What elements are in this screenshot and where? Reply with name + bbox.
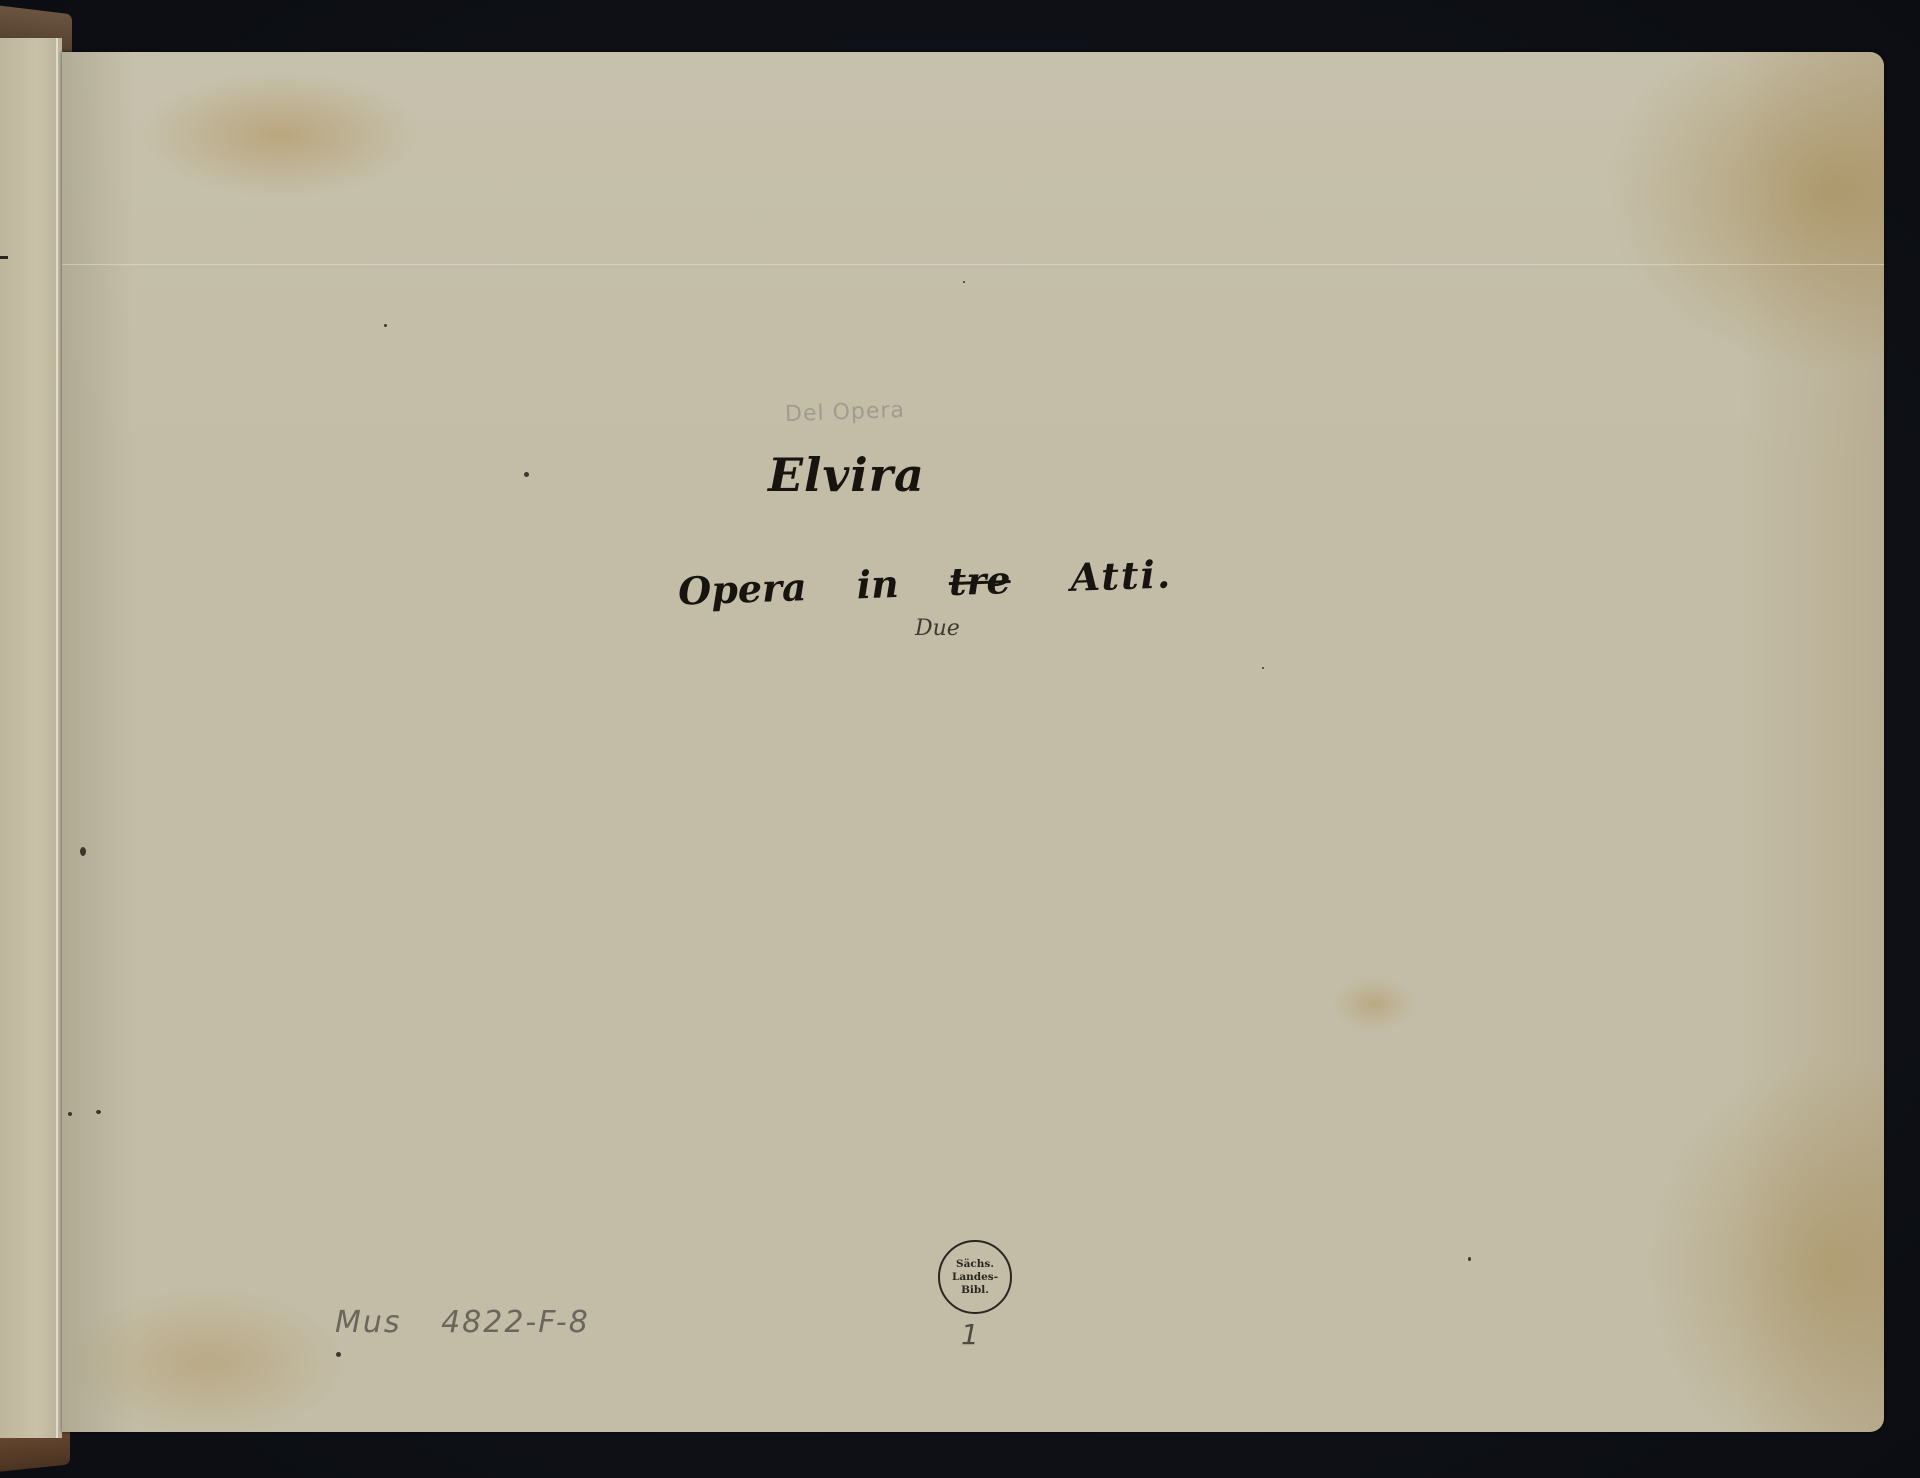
paper-speck <box>336 1352 341 1357</box>
stamp-line: Bibl. <box>961 1284 989 1297</box>
paper-fold-line <box>62 264 1884 265</box>
struck-through-word: tre <box>948 557 1011 604</box>
paper-speck <box>1468 1257 1471 1261</box>
paper-speck <box>384 324 387 327</box>
subtitle-word-opera: Opera <box>677 564 807 613</box>
previous-leaf <box>0 38 62 1438</box>
library-stamp: Sächs. Landes- Bibl. <box>938 1240 1012 1314</box>
stamp-line: Sächs. <box>956 1258 994 1271</box>
handwritten-correction: Due <box>915 616 960 641</box>
subtitle-word-in: in <box>856 561 900 607</box>
leaf-crease <box>56 38 58 1438</box>
paper-speck <box>80 847 86 856</box>
paper-speck <box>68 1112 72 1116</box>
paper-speck <box>1262 667 1264 669</box>
paper-speck <box>96 1110 101 1114</box>
paper-speck <box>963 281 965 283</box>
shelfmark-number: 4822-F-8 <box>441 1305 590 1340</box>
leaf-ink-mark <box>0 256 8 259</box>
paper-speck <box>524 472 529 477</box>
opera-title: Elvira <box>768 448 925 502</box>
subtitle-word-atti: Atti. <box>1070 551 1173 600</box>
stamp-line: Landes- <box>952 1271 998 1284</box>
paper-staining <box>62 52 1884 1432</box>
pencil-annotation: Del Opera <box>785 398 906 427</box>
shelfmark: Mus 4822-F-8 <box>335 1305 590 1340</box>
folio-number: 1 <box>961 1318 979 1351</box>
shelfmark-prefix: Mus <box>335 1305 402 1340</box>
manuscript-page <box>62 52 1884 1432</box>
